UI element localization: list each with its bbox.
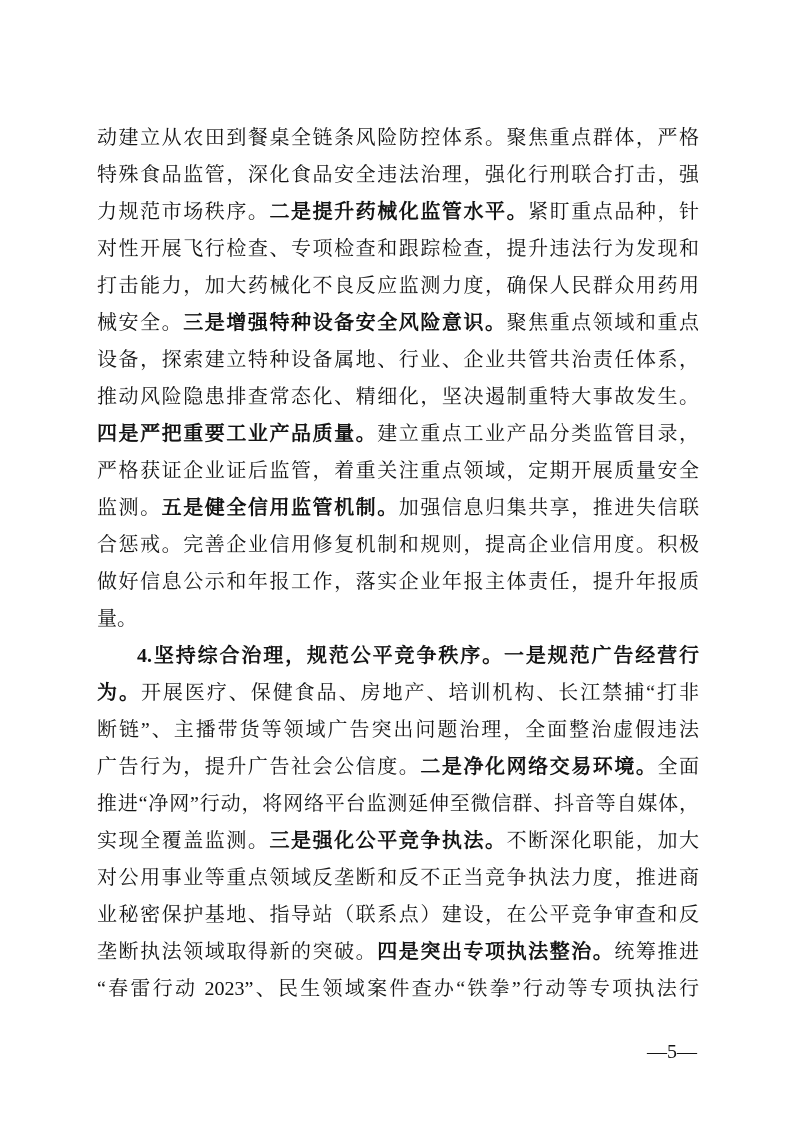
text-segment: 打击能力，加大药械化不良反应监测力度，确保人民群众用药用 (97, 275, 699, 297)
text-line: 业秘密保护基地、指导站（联系点）建设，在公平竞争审查和反 (97, 897, 699, 934)
text-line: 断链”、主播带货等领域广告突出问题治理，全面整治虚假违法 (97, 712, 699, 749)
text-segment: 对性开展飞行检查、专项检查和跟踪检查，提升违法行为发现和 (97, 238, 699, 260)
text-line: 推动风险隐患排查常态化、精细化，坚决遏制重特大事故发生。 (97, 379, 699, 416)
text-line: 做好信息公示和年报工作，落实企业年报主体责任，提升年报质 (97, 564, 699, 601)
text-segment: 业秘密保护基地、指导站（联系点）建设，在公平竞争审查和反 (97, 904, 699, 926)
document-body: 动建立从农田到餐桌全链条风险防控体系。聚焦重点群体，严格特殊食品监管，深化食品安… (97, 120, 699, 1008)
text-line: 动建立从农田到餐桌全链条风险防控体系。聚焦重点群体，严格 (97, 120, 699, 157)
text-segment: 动建立从农田到餐桌全链条风险防控体系。聚焦重点群体，严格 (97, 127, 699, 149)
text-segment: 断链”、主播带货等领域广告突出问题治理，全面整治虚假违法 (97, 719, 699, 741)
text-line: 实现全覆盖监测。三是强化公平竞争执法。不断深化职能，加大 (97, 823, 699, 860)
text-segment: “春雷行动 2023”、民生领域案件查办“铁拳”行动等专项执法行 (97, 978, 699, 1000)
text-line: “春雷行动 2023”、民生领域案件查办“铁拳”行动等专项执法行 (97, 971, 699, 1008)
text-segment: 广告行为，提升广告社会公信度。 (97, 756, 420, 778)
text-segment: 设备，探索建立特种设备属地、行业、企业共管共治责任体系， (97, 349, 699, 371)
text-segment: 统筹推进 (614, 941, 699, 963)
text-segment: 合惩戒。完善企业信用修复机制和规则，提高企业信用度。积极 (97, 534, 699, 556)
text-line: 四是严把重要工业产品质量。建立重点工业产品分类监管目录， (97, 416, 699, 453)
text-segment: 建立重点工业产品分类监管目录， (377, 423, 699, 445)
text-segment: 实现全覆盖监测。 (97, 830, 269, 852)
text-segment: 加强信息归集共享，推进失信联 (399, 497, 699, 519)
text-segment: 械安全。 (97, 312, 183, 334)
text-line: 4.坚持综合治理，规范公平竞争秩序。一是规范广告经营行 (97, 638, 699, 675)
page-number: —5— (647, 1040, 697, 1064)
text-line: 量。 (97, 601, 699, 638)
text-segment: 全面 (657, 756, 699, 778)
document-page: 动建立从农田到餐桌全链条风险防控体系。聚焦重点群体，严格特殊食品监管，深化食品安… (0, 0, 793, 1122)
bold-text-segment: 三是强化公平竞争执法。 (269, 830, 506, 852)
bold-text-segment: 4.坚持综合治理，规范公平竞争秩序。一是规范广告经营行 (137, 645, 699, 667)
text-segment: 不断深化职能，加大 (507, 830, 699, 852)
text-segment: 紧盯重点品种，针 (528, 201, 699, 223)
bold-text-segment: 三是增强特种设备安全风险意识。 (183, 312, 506, 334)
text-line: 垄断执法领域取得新的突破。四是突出专项执法整治。统筹推进 (97, 934, 699, 971)
text-segment: 监测。 (97, 497, 162, 519)
bold-text-segment: 二是提升药械化监管水平。 (269, 201, 528, 223)
bold-text-segment: 五是健全信用监管机制。 (162, 497, 399, 519)
text-line: 械安全。三是增强特种设备安全风险意识。聚焦重点领域和重点 (97, 305, 699, 342)
text-line: 推进“净网”行动，将网络平台监测延伸至微信群、抖音等自媒体， (97, 786, 699, 823)
bold-text-segment: 四是严把重要工业产品质量。 (97, 423, 377, 445)
text-line: 为。开展医疗、保健食品、房地产、培训机构、长江禁捕“打非 (97, 675, 699, 712)
bold-text-segment: 为。 (97, 682, 141, 704)
bold-text-segment: 四是突出专项执法整治。 (377, 941, 614, 963)
text-line: 力规范市场秩序。二是提升药械化监管水平。紧盯重点品种，针 (97, 194, 699, 231)
text-segment: 推进“净网”行动，将网络平台监测延伸至微信群、抖音等自媒体， (97, 793, 699, 815)
text-line: 广告行为，提升广告社会公信度。二是净化网络交易环境。全面 (97, 749, 699, 786)
text-segment: 特殊食品监管，深化食品安全违法治理，强化行刑联合打击，强 (97, 164, 699, 186)
text-segment: 力规范市场秩序。 (97, 201, 269, 223)
text-segment: 对公用事业等重点领域反垄断和反不正当竞争执法力度，推进商 (97, 867, 699, 889)
text-line: 对公用事业等重点领域反垄断和反不正当竞争执法力度，推进商 (97, 860, 699, 897)
text-line: 对性开展飞行检查、专项检查和跟踪检查，提升违法行为发现和 (97, 231, 699, 268)
text-line: 打击能力，加大药械化不良反应监测力度，确保人民群众用药用 (97, 268, 699, 305)
text-segment: 聚焦重点领域和重点 (507, 312, 699, 334)
bold-text-segment: 二是净化网络交易环境。 (420, 756, 657, 778)
text-line: 设备，探索建立特种设备属地、行业、企业共管共治责任体系， (97, 342, 699, 379)
text-segment: 严格获证企业证后监管，着重关注重点领域，定期开展质量安全 (97, 460, 699, 482)
text-line: 特殊食品监管，深化食品安全违法治理，强化行刑联合打击，强 (97, 157, 699, 194)
text-segment: 开展医疗、保健食品、房地产、培训机构、长江禁捕“打非 (141, 682, 699, 704)
text-line: 监测。五是健全信用监管机制。加强信息归集共享，推进失信联 (97, 490, 699, 527)
text-segment: 量。 (97, 608, 137, 630)
text-segment: 推动风险隐患排查常态化、精细化，坚决遏制重特大事故发生。 (97, 386, 699, 408)
text-segment: 做好信息公示和年报工作，落实企业年报主体责任，提升年报质 (97, 571, 699, 593)
text-segment: 垄断执法领域取得新的突破。 (97, 941, 377, 963)
text-line: 严格获证企业证后监管，着重关注重点领域，定期开展质量安全 (97, 453, 699, 490)
text-line: 合惩戒。完善企业信用修复机制和规则，提高企业信用度。积极 (97, 527, 699, 564)
